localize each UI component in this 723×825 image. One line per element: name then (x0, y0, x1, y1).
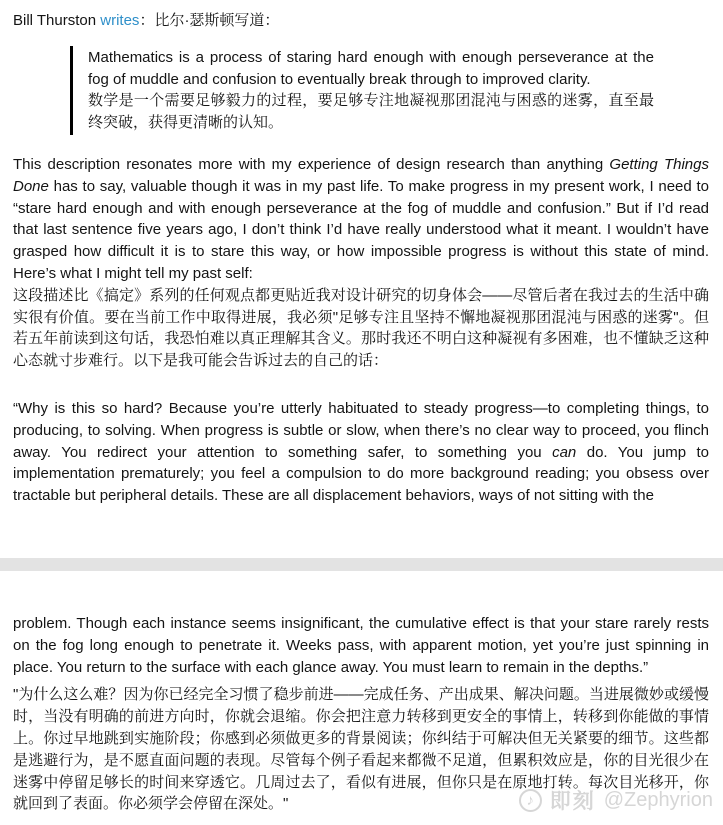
intro-suffix: ：比尔·瑟斯顿写道： (139, 12, 279, 29)
quote-english: Mathematics is a process of staring hard… (88, 47, 654, 91)
can-italic: can (552, 444, 576, 461)
quote-chinese: 数学是一个需要足够毅力的过程，要足够专注地凝视那团混沌与困惑的迷雾，直至最终突破… (88, 90, 654, 134)
watermark-user-handle: @Zephyrion (604, 789, 713, 812)
intro-line: Bill Thurston writes：比尔·瑟斯顿写道： (13, 10, 709, 32)
paragraph-1-english: This description resonates more with my … (13, 154, 709, 285)
writes-link[interactable]: writes (100, 12, 139, 29)
jike-watermark: ♪ 即刻 @Zephyrion (519, 785, 713, 815)
thurston-quote-block: Mathematics is a process of staring hard… (70, 46, 654, 135)
watermark-app-name: 即刻 (550, 785, 596, 815)
jike-logo-glyph: ♪ (527, 792, 535, 809)
article-page: Bill Thurston writes：比尔·瑟斯顿写道： Mathemati… (0, 0, 723, 825)
screenshot-bottom-section: problem. Though each instance seems insi… (0, 571, 723, 825)
screenshot-top-section: Bill Thurston writes：比尔·瑟斯顿写道： Mathemati… (0, 0, 723, 558)
para1-text-before: This description resonates more with my … (13, 156, 609, 173)
para1-text-after: has to say, valuable though it was in my… (13, 178, 709, 282)
jike-logo-icon: ♪ (519, 789, 542, 812)
paragraph-1-chinese: 这段描述比《搞定》系列的任何观点都更贴近我对设计研究的切身体会——尽管后者在我过… (13, 285, 709, 372)
screenshot-seam-divider (0, 558, 723, 571)
paragraph-3-english: problem. Though each instance seems insi… (13, 613, 709, 678)
intro-prefix: Bill Thurston (13, 12, 100, 29)
paragraph-2-english: “Why is this so hard? Because you’re utt… (13, 398, 709, 507)
